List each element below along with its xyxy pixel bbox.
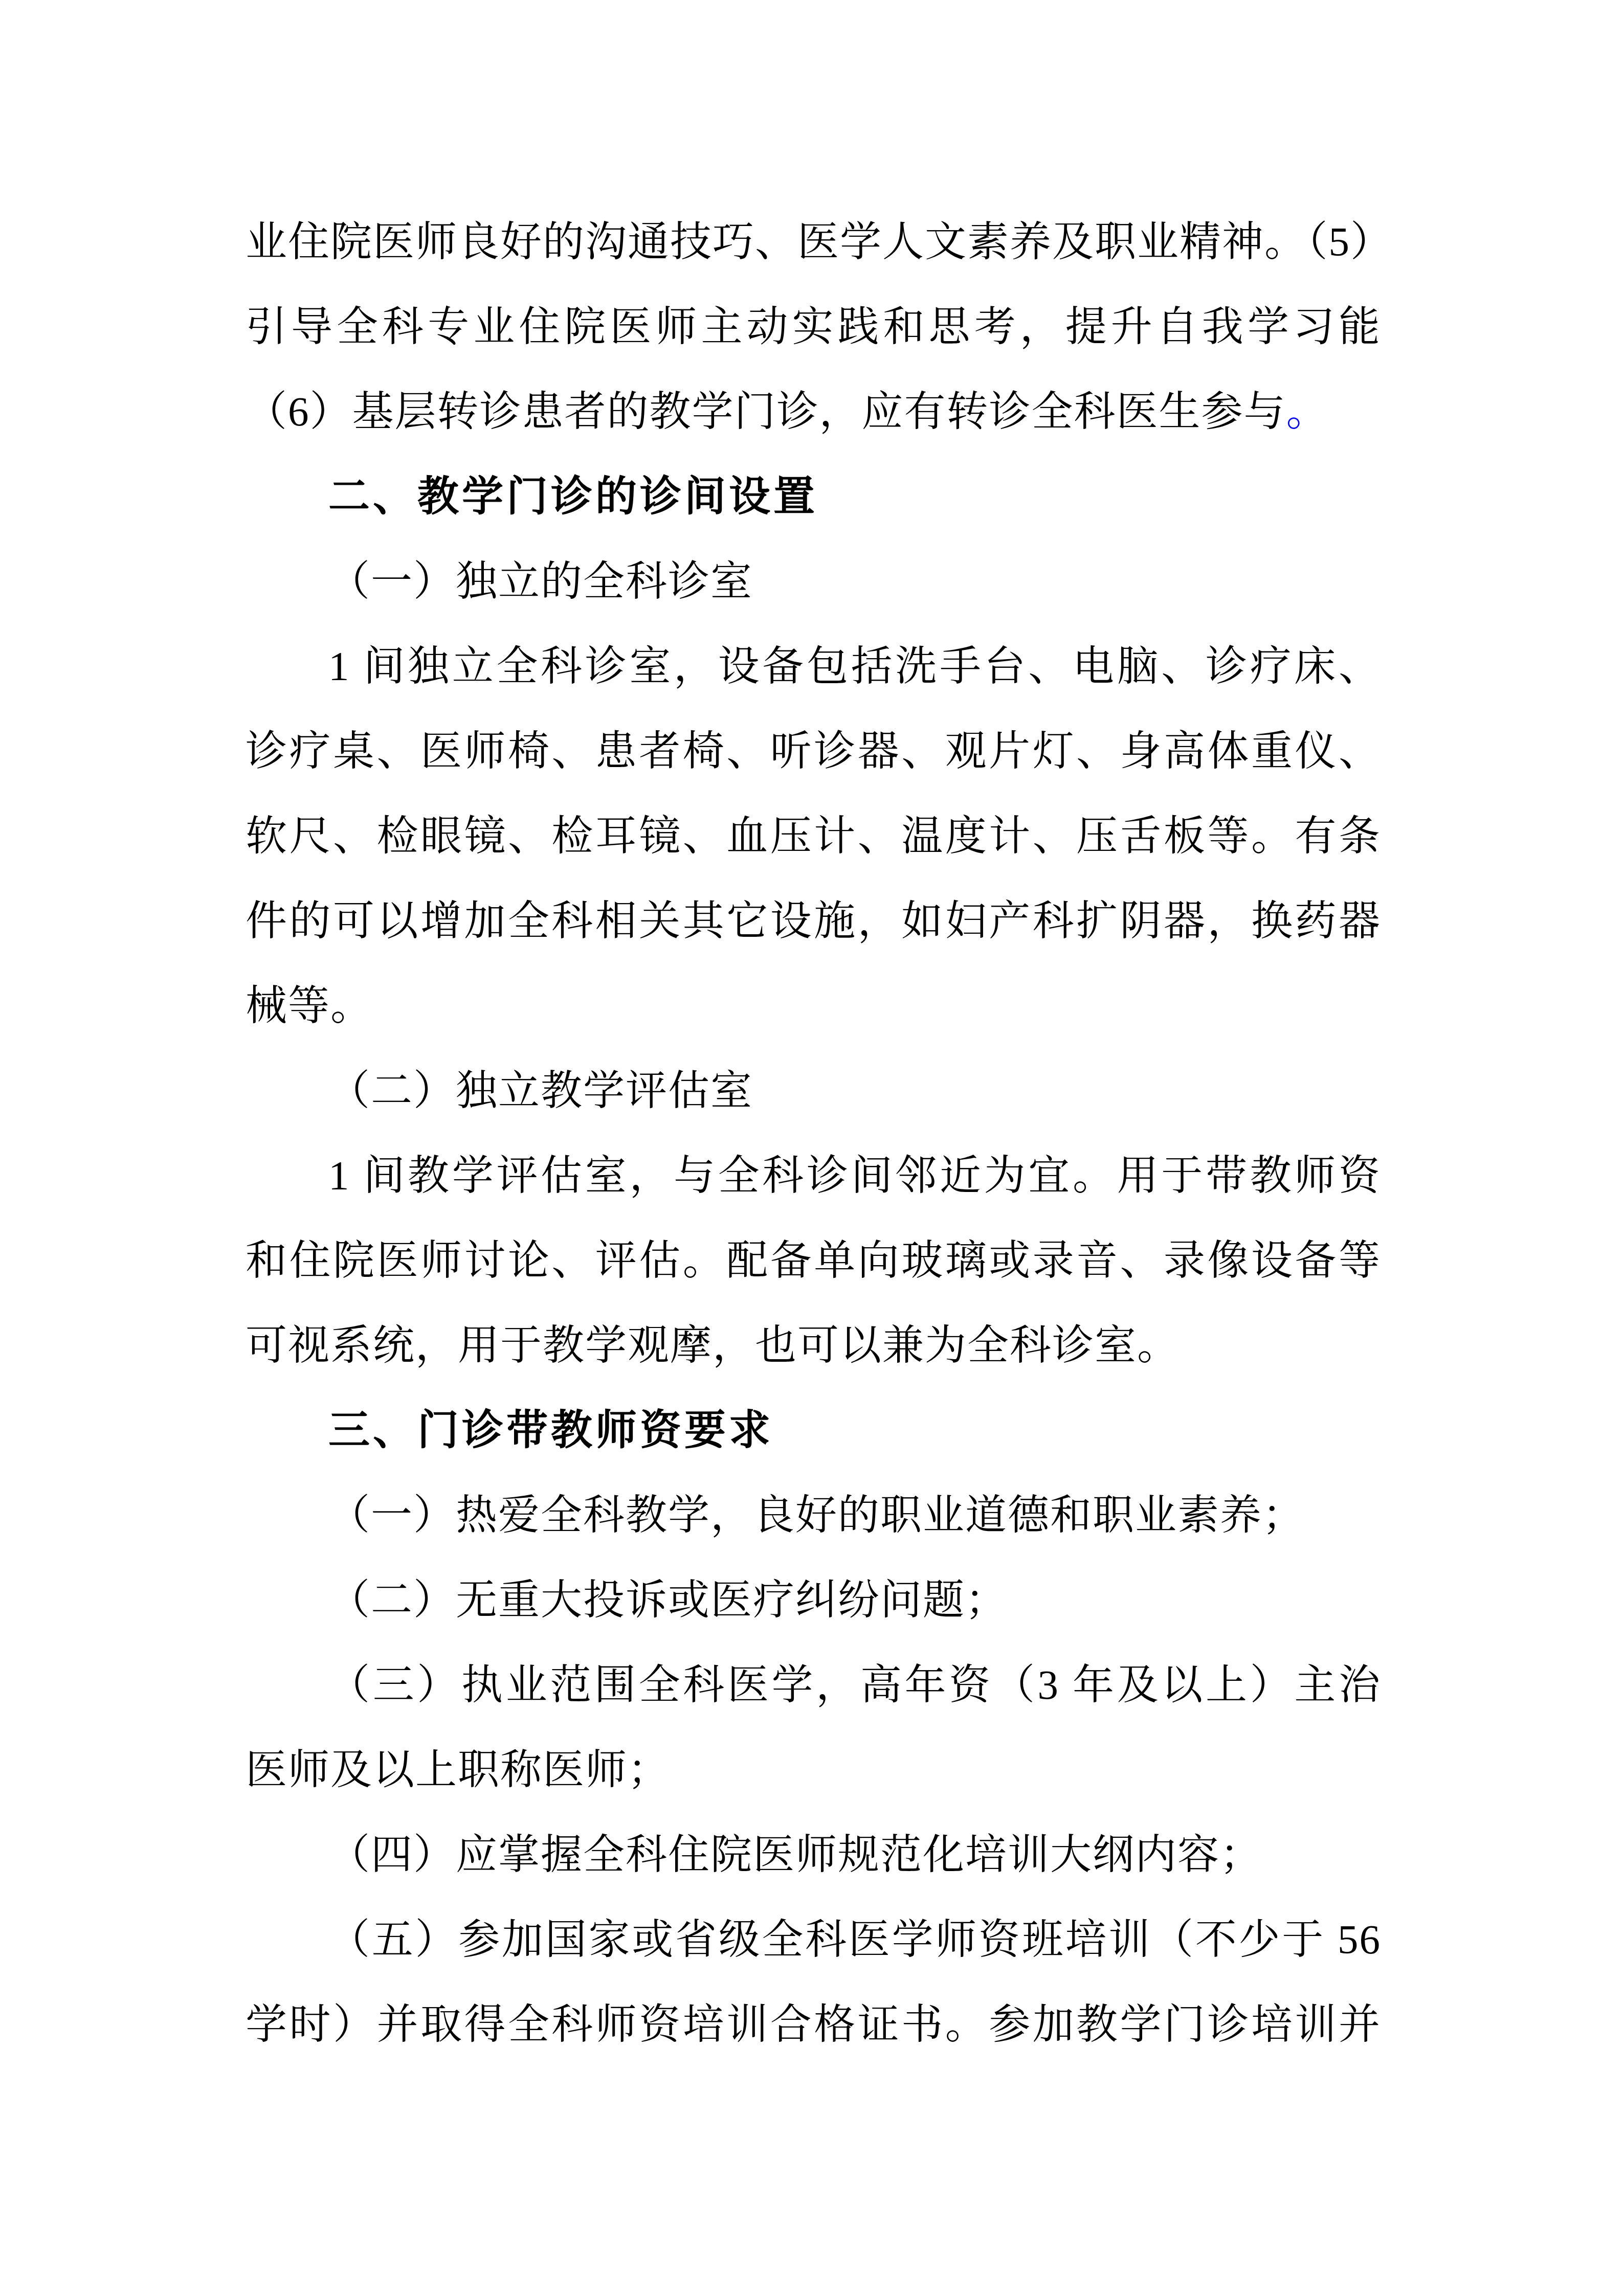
text-line: （五）参加国家或省级全科医学师资班培训（不少于 56 — [246, 1897, 1381, 1982]
document-text-block: 业住院医师良好的沟通技巧、医学人文素养及职业精神。（5）引导全科专业住院医师主动… — [246, 199, 1381, 2067]
line-text: 1 间独立全科诊室，设备包括洗手台、电脑、诊疗床、 — [328, 643, 1381, 689]
line-text: 二、教学门诊的诊间设置 — [328, 474, 818, 520]
line-text: （二）独立教学评估室 — [328, 1068, 753, 1114]
text-line: 件的可以增加全科相关其它设施，如妇产科扩阴器，换药器 — [246, 879, 1381, 963]
line-text: 和住院医师讨论、评估。配备单向玻璃或录音、录像设备等 — [246, 1237, 1381, 1284]
text-line: （一）独立的全科诊室 — [246, 539, 1381, 624]
line-text: （五）参加国家或省级全科医学师资班培训（不少于 56 — [328, 1917, 1381, 1963]
text-line: （三）执业范围全科医学，高年资（3 年及以上）主治 — [246, 1642, 1381, 1727]
text-line: （四）应掌握全科住院医师规范化培训大纲内容； — [246, 1812, 1381, 1897]
paragraph: （一）独立的全科诊室 — [246, 539, 1381, 624]
heading-line: 二、教学门诊的诊间设置 — [246, 454, 1381, 539]
text-line: （一）热爱全科教学，良好的职业道德和职业素养； — [246, 1473, 1381, 1558]
text-line: 学时）并取得全科师资培训合格证书。参加教学门诊培训并 — [246, 1982, 1381, 2067]
line-text: （三）执业范围全科医学，高年资（3 年及以上）主治 — [328, 1662, 1381, 1708]
line-text: 三、门诊带教师资要求 — [328, 1407, 773, 1453]
line-text: 诊疗桌、医师椅、患者椅、听诊器、观片灯、身高体重仪、 — [246, 728, 1381, 774]
line-text: 医师及以上职称医师； — [246, 1747, 670, 1793]
text-line: 业住院医师良好的沟通技巧、医学人文素养及职业精神。（5） — [246, 199, 1381, 284]
line-text: 软尺、检眼镜、检耳镜、血压计、温度计、压舌板等。有条 — [246, 813, 1381, 859]
section-heading: 二、教学门诊的诊间设置 — [246, 454, 1381, 539]
paragraph: （四）应掌握全科住院医师规范化培训大纲内容； — [246, 1812, 1381, 1897]
text-line: （二）独立教学评估室 — [246, 1048, 1381, 1133]
heading-line: 三、门诊带教师资要求 — [246, 1388, 1381, 1473]
text-line: 软尺、检眼镜、检耳镜、血压计、温度计、压舌板等。有条 — [246, 794, 1381, 879]
text-line: 1 间独立全科诊室，设备包括洗手台、电脑、诊疗床、 — [246, 624, 1381, 709]
paragraph: 1 间独立全科诊室，设备包括洗手台、电脑、诊疗床、诊疗桌、医师椅、患者椅、听诊器… — [246, 624, 1381, 1048]
line-text: （6）基层转诊患者的教学门诊，应有转诊全科医生参与 — [246, 389, 1286, 435]
line-text: （四）应掌握全科住院医师规范化培训大纲内容； — [328, 1832, 1262, 1878]
text-line: 1 间教学评估室，与全科诊间邻近为宜。用于带教师资 — [246, 1133, 1381, 1218]
line-text: 引导全科专业住院医师主动实践和思考，提升自我学习能力。 — [246, 304, 1381, 369]
line-text: 件的可以增加全科相关其它设施，如妇产科扩阴器，换药器 — [246, 898, 1381, 944]
text-line: 医师及以上职称医师； — [246, 1727, 1381, 1812]
paragraph: 1 间教学评估室，与全科诊间邻近为宜。用于带教师资和住院医师讨论、评估。配备单向… — [246, 1133, 1381, 1388]
line-text: （二）无重大投诉或医疗纠纷问题； — [328, 1577, 1008, 1623]
line-text: （一）独立的全科诊室 — [328, 558, 753, 604]
paragraph: （三）执业范围全科医学，高年资（3 年及以上）主治医师及以上职称医师； — [246, 1642, 1381, 1812]
text-line: （二）无重大投诉或医疗纠纷问题； — [246, 1558, 1381, 1642]
paragraph: 业住院医师良好的沟通技巧、医学人文素养及职业精神。（5）引导全科专业住院医师主动… — [246, 199, 1381, 454]
section-heading: 三、门诊带教师资要求 — [246, 1388, 1381, 1473]
paragraph: （二）无重大投诉或医疗纠纷问题； — [246, 1558, 1381, 1642]
paragraph: （五）参加国家或省级全科医学师资班培训（不少于 56学时）并取得全科师资培训合格… — [246, 1897, 1381, 2067]
line-text: 可视系统，用于教学观摩，也可以兼为全科诊室。 — [246, 1322, 1180, 1368]
document-page: 业住院医师良好的沟通技巧、医学人文素养及职业精神。（5）引导全科专业住院医师主动… — [0, 0, 1624, 2296]
line-text: （一）热爱全科教学，良好的职业道德和职业素养； — [328, 1492, 1305, 1538]
paragraph: （一）热爱全科教学，良好的职业道德和职业素养； — [246, 1473, 1381, 1558]
blue-period: 。 — [1286, 389, 1329, 435]
text-line: 可视系统，用于教学观摩，也可以兼为全科诊室。 — [246, 1303, 1381, 1388]
line-text: 业住院医师良好的沟通技巧、医学人文素养及职业精神。（5） — [246, 219, 1381, 265]
text-line: 诊疗桌、医师椅、患者椅、听诊器、观片灯、身高体重仪、 — [246, 709, 1381, 794]
text-line: 引导全科专业住院医师主动实践和思考，提升自我学习能力。 — [246, 284, 1381, 369]
paragraph: （二）独立教学评估室 — [246, 1048, 1381, 1133]
text-line: （6）基层转诊患者的教学门诊，应有转诊全科医生参与。 — [246, 369, 1381, 454]
line-text: 1 间教学评估室，与全科诊间邻近为宜。用于带教师资 — [328, 1153, 1381, 1199]
text-line: 和住院医师讨论、评估。配备单向玻璃或录音、录像设备等 — [246, 1218, 1381, 1303]
line-text: 械等。 — [246, 983, 373, 1029]
text-line: 械等。 — [246, 963, 1381, 1048]
line-text: 学时）并取得全科师资培训合格证书。参加教学门诊培训并 — [246, 2001, 1381, 2047]
